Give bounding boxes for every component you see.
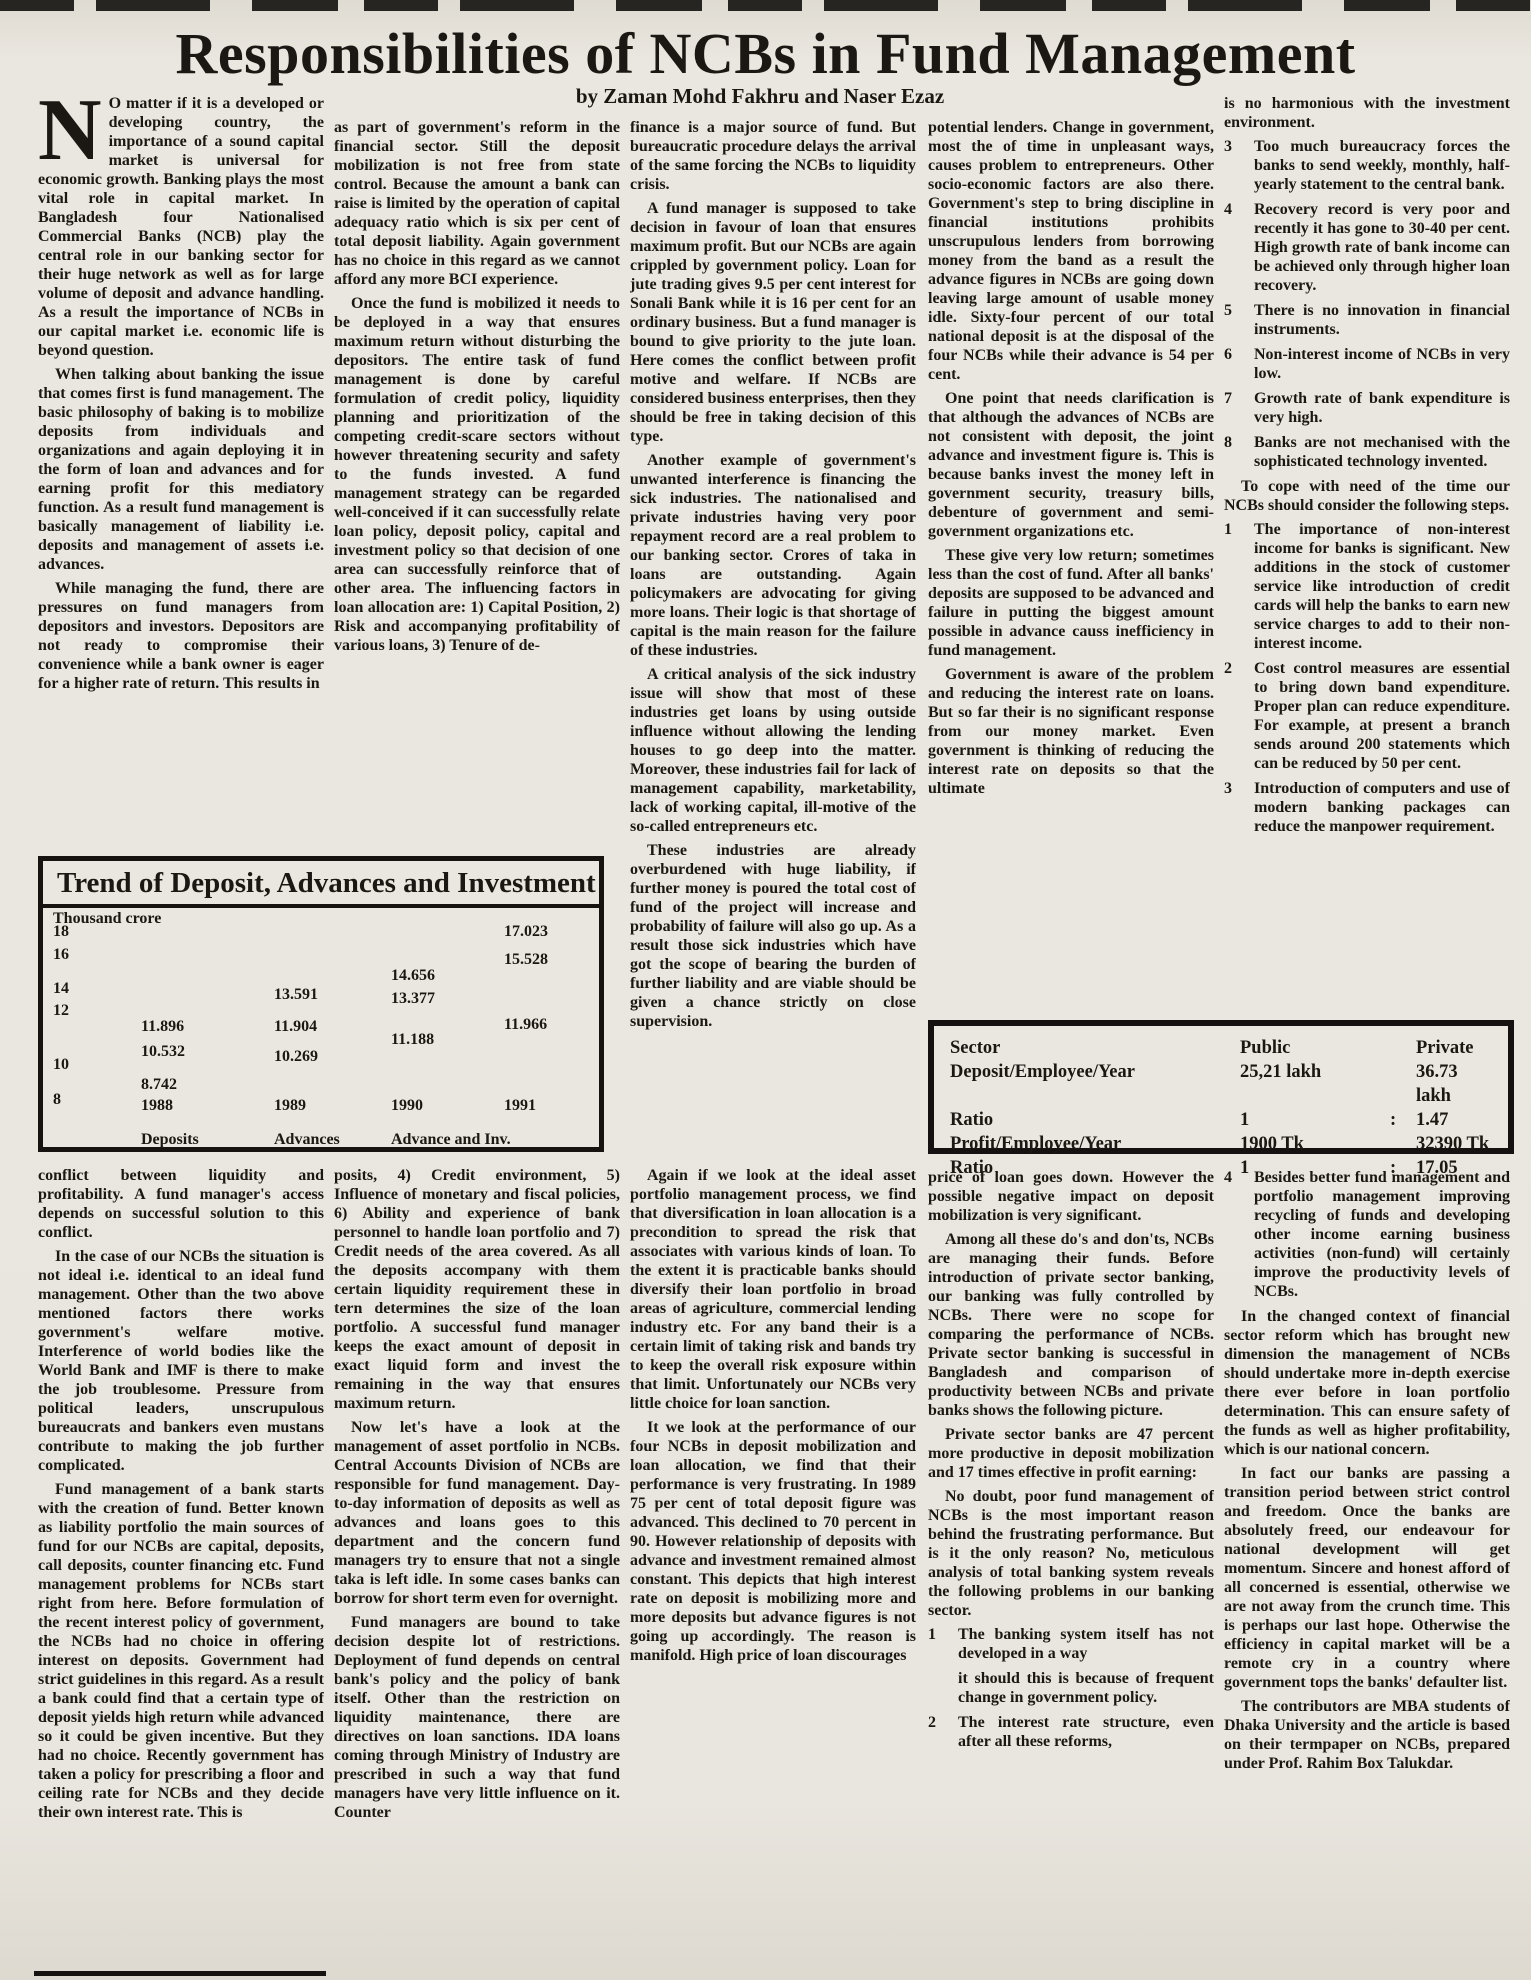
numbered-item: 5There is no innovation in financial ins… — [1224, 301, 1510, 339]
paragraph: These give very low return; sometimes le… — [928, 546, 1214, 660]
paragraph: In the case of our NCBs the situation is… — [38, 1247, 324, 1475]
item-text: The importance of non-interest income fo… — [1254, 520, 1510, 653]
chart-plot: Thousand crore 1816141210811.89613.59114… — [49, 910, 593, 1150]
column-2-bottom: posits, 4) Credit environment, 5) Influe… — [334, 1166, 620, 1972]
item-text: Too much bureaucracy forces the banks to… — [1254, 137, 1510, 194]
table-cell: : — [1390, 1156, 1416, 1180]
data-point-label: 11.966 — [504, 1016, 547, 1034]
x-axis-label: 1991 — [504, 1097, 536, 1115]
item-text: Introduction of computers and use of mod… — [1254, 779, 1510, 836]
item-number: 7 — [1224, 389, 1254, 427]
item-text: Recovery record is very poor and recentl… — [1254, 200, 1510, 295]
item-number: 1 — [1224, 520, 1254, 653]
column-5-top: is no harmonious with the investment env… — [1224, 94, 1510, 1016]
data-point-label: 8.742 — [141, 1076, 177, 1094]
table-cell: Ratio — [950, 1108, 1240, 1132]
table-cell: 1900 Tk — [1240, 1132, 1390, 1156]
item-number: 3 — [1224, 137, 1254, 194]
numbered-item: 3Too much bureaucracy forces the banks t… — [1224, 137, 1510, 194]
item-text: Growth rate of bank expenditure is very … — [1254, 389, 1510, 427]
newspaper-page: Responsibilities of NCBs in Fund Managem… — [0, 0, 1531, 1980]
item-number: 1 — [928, 1625, 958, 1663]
table-header-row: Sector Public Private — [950, 1036, 1496, 1060]
paragraph: potential lenders. Change in government,… — [928, 118, 1214, 384]
item-text: There is no innovation in financial inst… — [1254, 301, 1510, 339]
table-cell: Ratio — [950, 1156, 1240, 1180]
x-axis-label: 1989 — [274, 1097, 306, 1115]
item-number: 3 — [1224, 779, 1254, 836]
paragraph: Private sector banks are 47 percent more… — [928, 1425, 1214, 1482]
table-cell — [1390, 1132, 1416, 1156]
column-3-bottom: Again if we look at the ideal asset port… — [630, 1166, 916, 1972]
table-cell: 1 — [1240, 1156, 1390, 1180]
paragraph: Fund management of a bank starts with th… — [38, 1480, 324, 1822]
item-number: 6 — [1224, 345, 1254, 383]
paragraph: is no harmonious with the investment env… — [1224, 94, 1510, 132]
item-text: Besides better fund management and portf… — [1254, 1168, 1510, 1301]
paragraph: Now let's have a look at the management … — [334, 1418, 620, 1608]
numbered-item: 1The banking system itself has not devel… — [928, 1625, 1214, 1663]
paragraph: Among all these do's and don'ts, NCBs ar… — [928, 1230, 1214, 1420]
paragraph: Another example of government's unwanted… — [630, 451, 916, 660]
item-text: The interest rate structure, even after … — [958, 1713, 1214, 1751]
table-cell: 1 — [1240, 1108, 1390, 1132]
numbered-item: 1The importance of non-interest income f… — [1224, 520, 1510, 653]
item-text: Non-interest income of NCBs in very low. — [1254, 345, 1510, 383]
legend-item: Advances — [274, 1131, 340, 1149]
data-point-label: 13.377 — [391, 990, 435, 1008]
item-number: 5 — [1224, 301, 1254, 339]
numbered-item: it should this is because of frequent ch… — [928, 1669, 1214, 1707]
column-4-top: potential lenders. Change in government,… — [928, 118, 1214, 1016]
paragraph: In the changed context of financial sect… — [1224, 1307, 1510, 1459]
paragraph: No doubt, poor fund management of NCBs i… — [928, 1487, 1214, 1620]
page-title: Responsibilities of NCBs in Fund Managem… — [40, 20, 1491, 84]
drop-cap: N — [38, 94, 109, 162]
table-cell: Profit/Employee/Year — [950, 1132, 1240, 1156]
paragraph: The contributors are MBA students of Dha… — [1224, 1697, 1510, 1773]
paragraph: In fact our banks are passing a transiti… — [1224, 1464, 1510, 1692]
legend-item: Deposits — [141, 1131, 199, 1149]
table-cell: 17.05 — [1416, 1156, 1496, 1180]
paragraph: posits, 4) Credit environment, 5) Influe… — [334, 1166, 620, 1413]
paragraph: A critical analysis of the sick industry… — [630, 665, 916, 836]
column-4-bottom: price of loan goes down. However the pos… — [928, 1168, 1214, 1972]
numbered-item: 6Non-interest income of NCBs in very low… — [1224, 345, 1510, 383]
column-2-top: as part of government's reform in the fi… — [334, 118, 620, 854]
table-header-private: Private — [1416, 1036, 1496, 1060]
paragraph: One point that needs clarification is th… — [928, 389, 1214, 541]
table-cell: 25,21 lakh — [1240, 1060, 1390, 1108]
productivity-table: Sector Public Private Deposit/Employee/Y… — [928, 1020, 1514, 1154]
numbered-item: 7Growth rate of bank expenditure is very… — [1224, 389, 1510, 427]
table-cell: 1.47 — [1416, 1108, 1496, 1132]
paragraph: conflict between liquidity and profitabi… — [38, 1166, 324, 1242]
table-cell: 36.73 lakh — [1416, 1060, 1496, 1108]
item-number: 2 — [928, 1713, 958, 1751]
item-text: it should this is because of frequent ch… — [958, 1669, 1214, 1707]
numbered-item: 3Introduction of computers and use of mo… — [1224, 779, 1510, 836]
column-5-bottom: 4Besides better fund management and port… — [1224, 1168, 1510, 1972]
item-number: 2 — [1224, 659, 1254, 773]
paragraph: Again if we look at the ideal asset port… — [630, 1166, 916, 1413]
column-3-top: finance is a major source of fund. But b… — [630, 118, 916, 1150]
bottom-rule-artifact — [34, 1971, 326, 1976]
item-number: 4 — [1224, 1168, 1254, 1301]
y-axis-tick: 12 — [53, 1002, 69, 1020]
item-number — [928, 1669, 958, 1707]
item-text: Banks are not mechanised with the sophis… — [1254, 433, 1510, 471]
x-axis-label: 1990 — [391, 1097, 423, 1115]
item-number: 8 — [1224, 433, 1254, 471]
data-point-label: 10.532 — [141, 1043, 185, 1061]
data-point-label: 15.528 — [504, 951, 548, 969]
data-point-label: 11.896 — [141, 1018, 184, 1036]
paragraph: finance is a major source of fund. But b… — [630, 118, 916, 194]
item-text: Cost control measures are essential to b… — [1254, 659, 1510, 773]
data-point-label: 13.591 — [274, 986, 318, 1004]
y-axis-tick: 18 — [53, 923, 69, 941]
numbered-item: 2Cost control measures are essential to … — [1224, 659, 1510, 773]
column-1-bottom: conflict between liquidity and profitabi… — [38, 1166, 324, 1968]
paragraph: Once the fund is mobilized it needs to b… — [334, 294, 620, 655]
byline: by Zaman Mohd Fakhru and Naser Ezaz — [430, 84, 1090, 109]
column-1-top: NO matter if it is a developed or develo… — [38, 94, 324, 854]
data-point-label: 11.904 — [274, 1018, 317, 1036]
table-cell: Deposit/Employee/Year — [950, 1060, 1240, 1108]
item-text: The banking system itself has not develo… — [958, 1625, 1214, 1663]
paragraph: Fund managers are bound to take decision… — [334, 1613, 620, 1822]
paragraph: as part of government's reform in the fi… — [334, 118, 620, 289]
data-point-label: 11.188 — [391, 1031, 434, 1049]
page-edge-artifact — [0, 0, 1531, 11]
numbered-item: 4Recovery record is very poor and recent… — [1224, 200, 1510, 295]
chart-title: Trend of Deposit, Advances and Investmen… — [43, 861, 599, 908]
y-axis-tick: 10 — [53, 1056, 69, 1074]
paragraph: While managing the fund, there are press… — [38, 579, 324, 693]
table-header-sector: Sector — [950, 1036, 1240, 1060]
paragraph: A fund manager is supposed to take decis… — [630, 199, 916, 446]
x-axis-label: 1988 — [141, 1097, 173, 1115]
numbered-item: 4Besides better fund management and port… — [1224, 1168, 1510, 1301]
table-cell: : — [1390, 1108, 1416, 1132]
trend-chart: Trend of Deposit, Advances and Investmen… — [38, 856, 604, 1152]
numbered-item: 2The interest rate structure, even after… — [928, 1713, 1214, 1751]
y-axis-tick: 16 — [53, 946, 69, 964]
table-cell — [1390, 1060, 1416, 1108]
table-row: Ratio 1 : 17.05 — [950, 1156, 1496, 1180]
numbered-item: 8Banks are not mechanised with the sophi… — [1224, 433, 1510, 471]
table-cell: 32390 Tk — [1416, 1132, 1496, 1156]
table-header-public: Public — [1240, 1036, 1390, 1060]
data-point-label: 17.023 — [504, 923, 548, 941]
table-row: Ratio 1 : 1.47 — [950, 1108, 1496, 1132]
paragraph: Government is aware of the problem and r… — [928, 665, 1214, 798]
data-point-label: 10.269 — [274, 1048, 318, 1066]
paragraph: These industries are already overburdene… — [630, 841, 916, 1031]
y-axis-tick: 14 — [53, 980, 69, 998]
paragraph: NO matter if it is a developed or develo… — [38, 94, 324, 360]
table-row: Deposit/Employee/Year 25,21 lakh 36.73 l… — [950, 1060, 1496, 1108]
paragraph: It we look at the performance of our fou… — [630, 1418, 916, 1665]
chart-unit-label: Thousand crore — [53, 910, 161, 928]
legend-item: Advance and Inv. — [391, 1131, 511, 1149]
y-axis-tick: 8 — [53, 1091, 61, 1109]
paragraph: When talking about banking the issue tha… — [38, 365, 324, 574]
data-point-label: 14.656 — [391, 967, 435, 985]
paragraph: To cope with need of the time our NCBs s… — [1224, 477, 1510, 515]
item-number: 4 — [1224, 200, 1254, 295]
table-row: Profit/Employee/Year 1900 Tk 32390 Tk — [950, 1132, 1496, 1156]
